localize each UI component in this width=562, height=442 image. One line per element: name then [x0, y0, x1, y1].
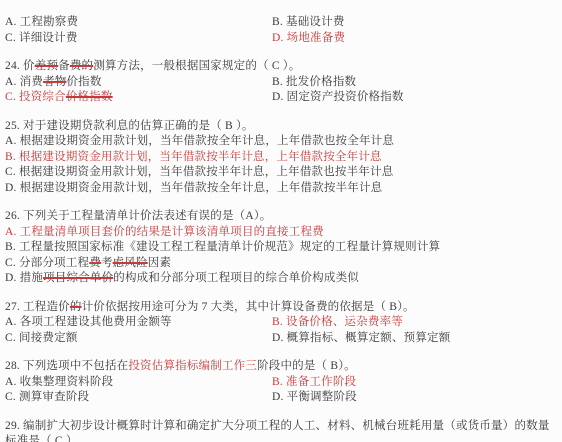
question-stem: 27. 工程造价的计价依据按用途可分为 7 大类，其中计算设备费的依据是（ B）… — [5, 300, 554, 316]
option-a: A. 收集整理资料阶段 — [5, 375, 272, 391]
question-28: 28. 下列选项中不包括在投资估算指标编制工作三阶段中的是（ B）。 A. 收集… — [5, 359, 554, 406]
stem-text: 计价依据按用途可分为 7 大类，其中计算设备费的依据是（ B）。 — [82, 301, 415, 313]
option-text-highlighted: C. 投资综合 — [5, 91, 66, 103]
question-stem: 29. 编制扩大初步设计概算时计算和确定扩大分项工程的人工、材料、机械台班耗用量… — [5, 419, 554, 442]
option-text-highlighted: B. 设备价格、运杂费率等 — [272, 316, 403, 328]
option-text-struck: 费 — [89, 257, 101, 269]
option-text-highlighted-struck: 价格指数 — [66, 91, 113, 103]
question-26: 26. 下列关于工程量清单计价法表述有误的是（A）。 A. 工程量清单项目套价的… — [5, 209, 554, 287]
option-c: C. 投资综合价格指数 — [5, 90, 272, 106]
option-text: A. 消费 — [5, 76, 43, 88]
stem-text: 测算方法，一般根据国家规定的（ C ）。 — [93, 60, 300, 72]
option-text-struck: 虑风险 — [113, 257, 148, 269]
option-text: 因素 — [148, 257, 171, 269]
option-text: D. 概算指标、概算定额、预算定额 — [272, 332, 450, 344]
option-text: C. 根据建设期资金用款计划，当年借款按半年计息，上年借款也按半年计息 — [5, 166, 393, 178]
question-23-options: A. 工程勘察费 B. 基础设计费 C. 详细设计费 D. 场地准备费 — [5, 15, 554, 46]
option-text: 的构成和分部分项工程项目的综合单价构成类似 — [113, 272, 359, 284]
option-c: C. 测算审查阶段 — [5, 390, 272, 406]
stem-text: 25. 对于建设期贷款利息的估算正确的是（ B ）。 — [5, 120, 254, 132]
option-d: D. 概算指标、概算定额、预算定额 — [272, 331, 554, 347]
option-d: D. 固定资产投资价格指数 — [272, 90, 554, 106]
question-29: 29. 编制扩大初步设计概算时计算和确定扩大分项工程的人工、材料、机械台班耗用量… — [5, 419, 554, 442]
option-text: B. 批发价格指数 — [272, 76, 356, 88]
option-text: A. 根据建设期资金用款计划，当年借款按全年计息，上年借款也按全年计息 — [5, 135, 394, 147]
option-b: B. 基础设计费 — [272, 15, 554, 31]
option-text-highlighted: B. 根据建设期资金用款计划，当年借款按半年计息，上年借款按全年计息 — [5, 151, 382, 163]
option-text: D. 固定资产投资价格指数 — [272, 91, 404, 103]
option-text: 价指数 — [66, 76, 101, 88]
stem-text: 24. 价 — [5, 60, 35, 72]
option-c: C. 根据建设期资金用款计划，当年借款按半年计息，上年借款也按半年计息 — [5, 165, 554, 181]
option-a: A. 根据建设期资金用款计划，当年借款按全年计息，上年借款也按全年计息 — [5, 134, 554, 150]
option-b: B. 准备工作阶段 — [272, 375, 554, 391]
option-text-highlighted: B. 准备工作阶段 — [272, 376, 356, 388]
question-stem: 26. 下列关于工程量清单计价法表述有误的是（A）。 — [5, 209, 554, 225]
option-d: D. 根据建设期资金用款计划，当年借款按全年计息，上年借款按半年计息 — [5, 181, 554, 197]
option-c: C. 详细设计费 — [5, 31, 272, 47]
option-text-highlighted: D. 场地准备费 — [272, 32, 345, 44]
stem-text: 28. 下列选项中不包括在 — [5, 360, 128, 372]
option-a: A. 工程勘察费 — [5, 15, 272, 31]
option-text: B. 工程量按照国家标准《建设工程工程量清单计价规范》规定的工程量计算规则计算 — [5, 241, 440, 253]
option-b: B. 根据建设期资金用款计划，当年借款按半年计息，上年借款按全年计息 — [5, 150, 554, 166]
option-text: C. 分部分项工程 — [5, 257, 89, 269]
option-text-struck: 综合单价 — [66, 272, 113, 284]
stem-text: 26. 下列关于工程量清单计价法表述有误的是（A）。 — [5, 210, 272, 222]
question-24: 24. 价差预备费的测算方法，一般根据国家规定的（ C ）。 A. 消费者物价指… — [5, 59, 554, 106]
option-text: A. 工程勘察费 — [5, 16, 78, 28]
question-stem: 25. 对于建设期贷款利息的估算正确的是（ B ）。 — [5, 119, 554, 135]
stem-text-struck: 费的 — [70, 60, 93, 72]
option-text-struck: 者物 — [43, 76, 66, 88]
option-text: D. 平衡调整阶段 — [272, 391, 357, 403]
option-b: B. 设备价格、运杂费率等 — [272, 315, 554, 331]
stem-text: 阶段中的是（ B）。 — [257, 360, 356, 372]
stem-text-highlighted: 投资估算指标编制工作三 — [128, 360, 257, 372]
option-text: C. 间接费定额 — [5, 332, 78, 344]
option-a: A. 消费者物价指数 — [5, 75, 272, 91]
question-27: 27. 工程造价的计价依据按用途可分为 7 大类，其中计算设备费的依据是（ B）… — [5, 300, 554, 347]
stem-text-struck: 的 — [70, 301, 82, 313]
exam-document: A. 工程勘察费 B. 基础设计费 C. 详细设计费 D. 场地准备费 24. … — [0, 0, 562, 442]
option-a: A. 各项工程建设其他费用金额等 — [5, 315, 272, 331]
option-text: C. 测算审查阶段 — [5, 391, 89, 403]
option-text: C. 详细设计费 — [5, 32, 78, 44]
option-text-struck: 项目 — [43, 272, 66, 284]
option-d: D. 场地准备费 — [272, 31, 554, 47]
option-text: A. 收集整理资料阶段 — [5, 376, 113, 388]
option-text: A. 各项工程建设其他费用金额等 — [5, 316, 172, 328]
stem-text-struck: 差预 — [35, 60, 58, 72]
option-d: D. 平衡调整阶段 — [272, 390, 554, 406]
question-stem: 28. 下列选项中不包括在投资估算指标编制工作三阶段中的是（ B）。 — [5, 359, 554, 375]
question-25: 25. 对于建设期贷款利息的估算正确的是（ B ）。 A. 根据建设期资金用款计… — [5, 119, 554, 197]
option-text-highlighted: A. 工程量清单项目套价的结果是计算该清单项目的直接工程费 — [5, 226, 324, 238]
option-text: D. 措施 — [5, 272, 43, 284]
stem-text: 29. 编制扩大初步设计概算时计算和确定扩大分项工程的人工、材料、机械台班耗用量… — [5, 420, 550, 442]
stem-text: 27. 工程造价 — [5, 301, 70, 313]
option-d: D. 措施项目综合单价的构成和分部分项工程项目的综合单价构成类似 — [5, 271, 554, 287]
option-text: 考 — [101, 257, 113, 269]
stem-text: 备 — [58, 60, 70, 72]
question-stem: 24. 价差预备费的测算方法，一般根据国家规定的（ C ）。 — [5, 59, 554, 75]
option-a: A. 工程量清单项目套价的结果是计算该清单项目的直接工程费 — [5, 225, 554, 241]
option-text: D. 根据建设期资金用款计划，当年借款按全年计息，上年借款按半年计息 — [5, 182, 382, 194]
option-c: C. 分部分项工程费考虑风险因素 — [5, 256, 554, 272]
option-b: B. 工程量按照国家标准《建设工程工程量清单计价规范》规定的工程量计算规则计算 — [5, 240, 554, 256]
option-c: C. 间接费定额 — [5, 331, 272, 347]
option-b: B. 批发价格指数 — [272, 75, 554, 91]
option-text: B. 基础设计费 — [272, 16, 345, 28]
